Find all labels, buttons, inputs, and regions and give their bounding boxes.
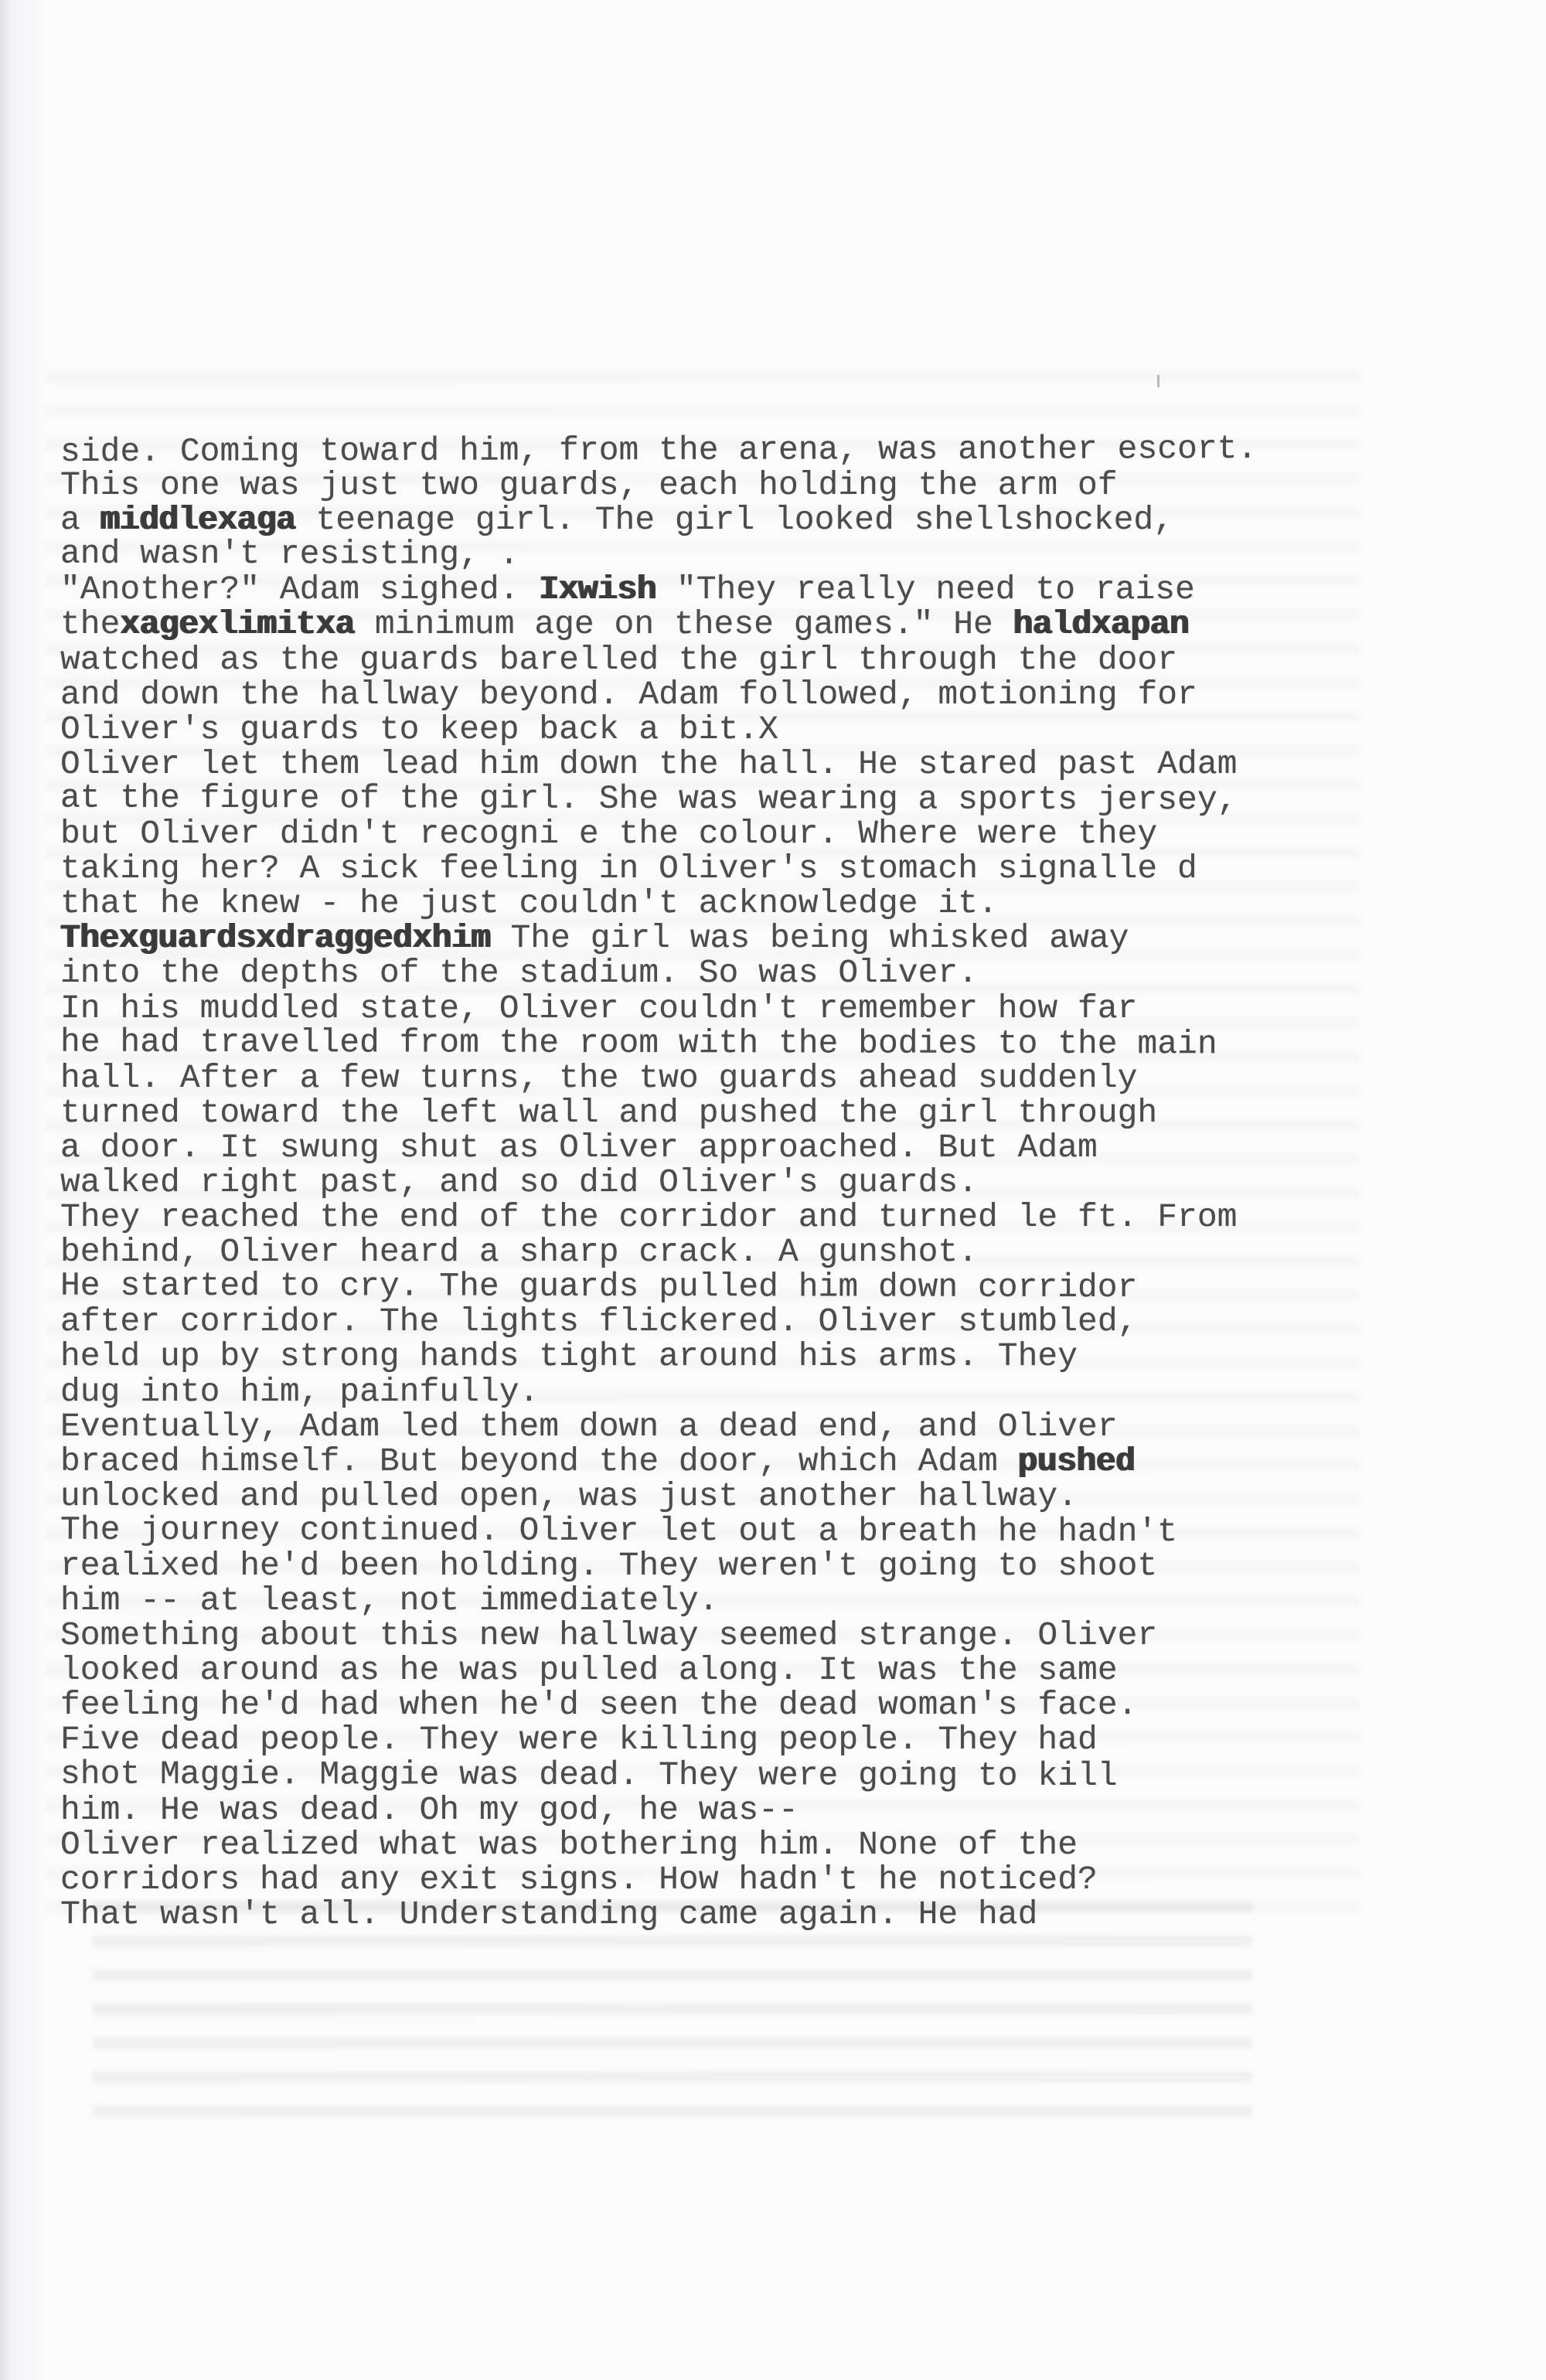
text-line: Oliver's guards to keep back a bit.X — [60, 712, 1257, 747]
text-line: watched as the guards barelled the girl … — [60, 642, 1257, 677]
text-line: side. Coming toward him, from the arena,… — [60, 431, 1257, 469]
struck-out-text: Thexguardsxdraggedxhim — [60, 919, 491, 957]
text-line: walked right past, and so did Oliver's g… — [60, 1165, 1257, 1200]
text-line: Thexguardsxdraggedxhim The girl was bein… — [60, 921, 1257, 955]
struck-out-text: haldxapan — [1013, 605, 1190, 643]
page-edge-shadow — [0, 0, 11, 2380]
text-line: Oliver realized what was bothering him. … — [60, 1827, 1257, 1862]
text-line: a door. It swung shut as Oliver approach… — [60, 1130, 1257, 1165]
text-line: "Another?" Adam sighed. Ixwish "They rea… — [60, 572, 1257, 607]
text-line: realixed he'd been holding. They weren't… — [60, 1548, 1257, 1583]
text-line: that he knew - he just couldn't acknowle… — [60, 886, 1257, 921]
text-line: held up by strong hands tight around his… — [60, 1339, 1257, 1374]
text-line: hall. After a few turns, the two guards … — [60, 1061, 1257, 1095]
text-line: braced himself. But beyond the door, whi… — [60, 1444, 1257, 1479]
typewritten-text-block: side. Coming toward him, from the arena,… — [60, 433, 1257, 1932]
text-line: into the depths of the stadium. So was O… — [60, 955, 1257, 990]
text-line: unlocked and pulled open, was just anoth… — [60, 1479, 1257, 1513]
text-line: at the figure of the girl. She was weari… — [60, 781, 1257, 818]
text-line: Something about this new hallway seemed … — [60, 1618, 1257, 1653]
text-line: Five dead people. They were killing peop… — [60, 1722, 1257, 1757]
text-line: him. He was dead. Oh my god, he was-- — [60, 1793, 1257, 1827]
text-line: shot Maggie. Maggie was dead. They were … — [60, 1756, 1257, 1793]
text-line: The journey continued. Oliver let out a … — [60, 1513, 1257, 1550]
text-line: They reached the end of the corridor and… — [60, 1200, 1257, 1234]
text-line: looked around as he was pulled along. It… — [60, 1653, 1257, 1687]
text-line: Oliver let them lead him down the hall. … — [60, 747, 1257, 781]
text-line: and down the hallway beyond. Adam follow… — [60, 677, 1257, 712]
text-line: he had travelled from the room with the … — [60, 1024, 1257, 1061]
text-line: This one was just two guards, each holdi… — [60, 468, 1257, 502]
struck-out-text: xagexlimitxa — [120, 605, 355, 643]
stray-mark — [1157, 375, 1159, 387]
text-line: him -- at least, not immediately. — [60, 1583, 1257, 1618]
text-line: In his muddled state, Oliver couldn't re… — [60, 991, 1257, 1026]
text-line: feeling he'd had when he'd seen the dead… — [60, 1687, 1257, 1722]
text-line: He started to cry. The guards pulled him… — [60, 1268, 1257, 1306]
text-line: turned toward the left wall and pushed t… — [60, 1095, 1257, 1130]
text-line: behind, Oliver heard a sharp crack. A gu… — [60, 1234, 1257, 1269]
text-line: a middlexaga teenage girl. The girl look… — [60, 502, 1257, 537]
text-line: after corridor. The lights flickered. Ol… — [60, 1304, 1257, 1339]
struck-out-text: pushed — [1018, 1442, 1136, 1480]
struck-out-text: Ixwish — [539, 570, 656, 608]
struck-out-text: middlexaga — [100, 501, 296, 539]
text-line: corridors had any exit signs. How hadn't… — [60, 1862, 1257, 1897]
text-line: and wasn't resisting, . — [60, 536, 1257, 574]
text-line: dug into him, painfully. — [60, 1374, 1257, 1409]
text-line: That wasn't all. Understanding came agai… — [60, 1897, 1257, 1932]
text-line: taking her? A sick feeling in Oliver's s… — [60, 851, 1257, 886]
text-line: Eventually, Adam led them down a dead en… — [60, 1409, 1257, 1444]
text-line: but Oliver didn't recogni e the colour. … — [60, 816, 1257, 851]
bleed-through-texture-lower — [93, 1902, 1252, 2118]
text-line: thexagexlimitxa minimum age on these gam… — [60, 607, 1257, 642]
